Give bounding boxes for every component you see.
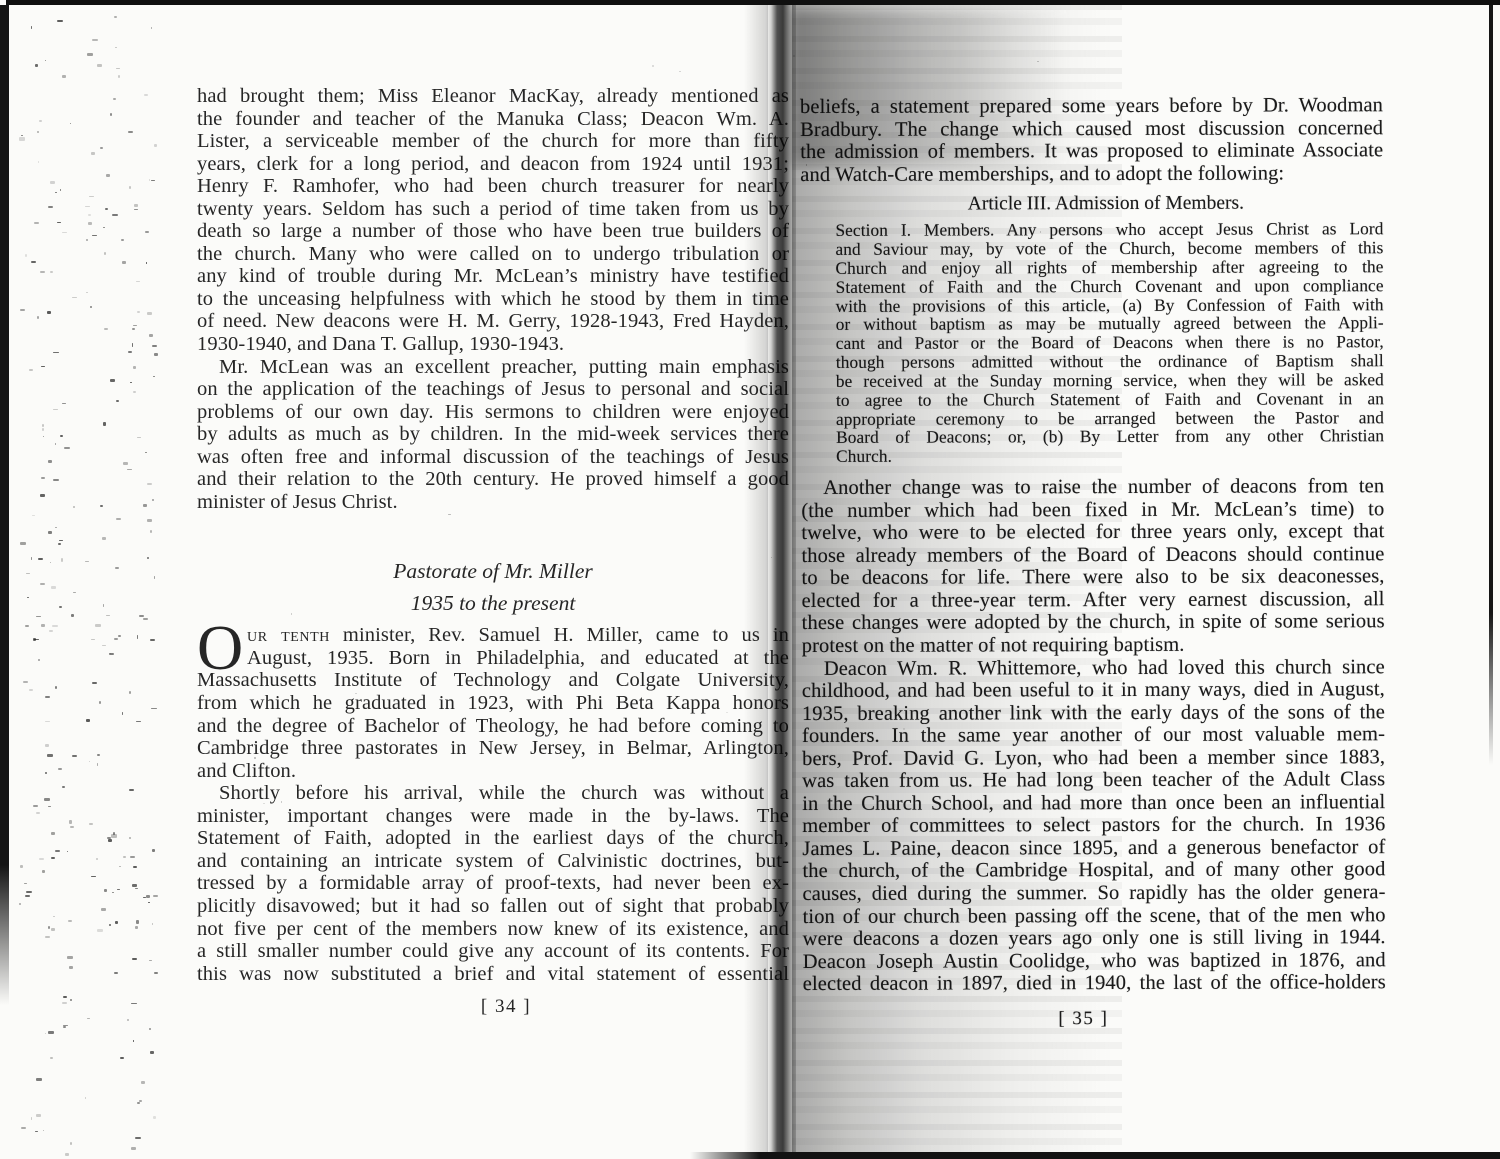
speckle (48, 806, 51, 807)
speckle (110, 113, 113, 115)
text-line: Cambridge three pastorates in New Jersey… (197, 737, 789, 760)
text-line: of need. New deacons were H. M. Gerry, 1… (197, 310, 789, 333)
speckle (122, 261, 127, 264)
speckle (55, 850, 60, 853)
speckle (109, 924, 111, 926)
speckle (70, 123, 72, 125)
speckle (130, 856, 135, 859)
speckle (20, 309, 25, 311)
speckle (47, 311, 51, 314)
speckle (62, 786, 65, 788)
speckle (128, 131, 134, 132)
speckle (86, 292, 88, 293)
text-line: Bradbury. The change which caused most d… (800, 117, 1383, 141)
paragraph-beliefs-statement: beliefs, a statement prepared some years… (800, 94, 1383, 186)
speckle (60, 189, 61, 191)
speckle (102, 645, 107, 647)
speckle (117, 889, 120, 890)
speckle (51, 857, 55, 858)
speckle (109, 653, 111, 654)
text-line: Lister, a serviceable member of the chur… (197, 130, 789, 153)
speckle (70, 1142, 72, 1145)
speckle (85, 561, 89, 562)
text-line: ur tenth minister, Rev. Samuel H. Miller… (197, 624, 789, 647)
page-number-35: [ 35 ] (792, 1007, 1375, 1031)
speckle (139, 615, 144, 618)
speckle (149, 334, 153, 337)
speckle (58, 768, 62, 770)
speckle (106, 615, 111, 616)
speckle (103, 422, 106, 425)
speckle (63, 996, 68, 999)
speckle (34, 222, 39, 224)
speckle (33, 805, 38, 807)
speckle (111, 834, 117, 837)
text-line: minister, important changes were made in… (197, 805, 789, 828)
text-line: Pastorate of Mr. Miller (197, 555, 789, 587)
speckle (37, 131, 39, 133)
speckle (147, 312, 152, 315)
text-line: plicitly disavowed; but it had so fallen… (197, 895, 789, 918)
paragraph-bylaws-changes: Shortly before his arrival, while the ch… (197, 782, 789, 985)
speckle (62, 232, 66, 234)
text-line: on the application of the teachings of J… (197, 378, 789, 401)
speckle (55, 527, 57, 529)
speckle (39, 858, 44, 860)
speckle (143, 897, 146, 899)
text-line: any kind of trouble during Mr. McLean’s … (197, 265, 789, 288)
drop-cap: O (197, 625, 243, 671)
speckle (86, 719, 90, 722)
speckle (114, 972, 118, 974)
text-line: causes, died during the summer. So rapid… (802, 881, 1385, 905)
speckle (26, 573, 30, 574)
speckle (23, 681, 28, 683)
section-heading-pastorate: Pastorate of Mr. Miller1935 to the prese… (197, 555, 789, 619)
text-line: and Watch-Care memberships, and to adopt… (800, 162, 1383, 186)
speckle (120, 1057, 124, 1060)
speckle (133, 391, 136, 392)
speckle (88, 222, 93, 225)
speckle (147, 519, 152, 522)
page-34: had brought them; Miss Eleanor MacKay, a… (197, 85, 789, 1018)
speckle (59, 540, 63, 541)
speckle (148, 902, 150, 903)
speckle (62, 75, 66, 78)
speckle (36, 1078, 41, 1081)
speckle (88, 214, 91, 216)
speckle (42, 424, 44, 426)
speckle (131, 1003, 136, 1005)
speckle (129, 837, 131, 840)
text-line: the church, of the Cambridge Hospital, a… (802, 859, 1385, 883)
speckle (45, 772, 48, 774)
speckle (135, 1137, 141, 1139)
text-line: Deacon Joseph Austin Coolidge, who was b… (803, 949, 1386, 973)
speckle (47, 754, 53, 757)
speckle (58, 543, 62, 545)
speckle (151, 27, 153, 29)
speckle (137, 437, 141, 438)
speckle (146, 262, 147, 264)
speckle (95, 624, 101, 627)
speckle (50, 181, 55, 184)
speckle (147, 483, 153, 485)
speckle (100, 505, 103, 507)
speckle (43, 436, 44, 437)
speckle (48, 206, 53, 208)
speckle (39, 120, 42, 122)
scan-edge-right (1489, 5, 1493, 765)
page-number-34: [ 34 ] (210, 996, 802, 1018)
speckle (43, 1130, 44, 1131)
text-line: James L. Paine, deacon since 1895, and a… (802, 836, 1385, 860)
speckle (135, 888, 138, 889)
text-line: tion of our church been passing off the … (803, 904, 1386, 928)
speckle (25, 625, 29, 626)
text-line: to be deacons for life. There were also … (801, 566, 1384, 590)
speckle (53, 352, 58, 354)
text-line: in the Church School, and had more than … (802, 791, 1385, 815)
speckle (109, 653, 114, 655)
speckle (53, 479, 59, 481)
speckle (152, 345, 157, 347)
speckle (55, 443, 56, 445)
speckle (101, 908, 106, 911)
speckle (40, 494, 45, 497)
speckle (147, 557, 149, 559)
speckle (104, 328, 108, 330)
speckle (116, 400, 120, 402)
speckle (89, 761, 91, 762)
speckle (153, 376, 155, 377)
speckle (51, 832, 55, 835)
speckle (24, 883, 27, 885)
text-line: member of committees to select pastors f… (802, 814, 1385, 838)
speckle (149, 179, 151, 181)
text-line: founders. In the same year another of ou… (802, 723, 1385, 747)
speckle (67, 851, 68, 852)
speckle (69, 966, 74, 969)
scan-edge-top (6, 0, 1500, 5)
speckle (102, 537, 106, 540)
speckle (45, 744, 49, 747)
scan-edge-bottom (690, 1152, 1500, 1159)
speckle (50, 562, 51, 563)
speckle (36, 1114, 42, 1117)
speckle (55, 192, 57, 194)
speckle (35, 64, 38, 67)
speckle (123, 462, 128, 464)
speckle (119, 866, 121, 868)
speckle (108, 839, 112, 842)
speckle (40, 583, 45, 585)
page-35-text-block: beliefs, a statement prepared some years… (800, 94, 1386, 996)
text-line: twelve, who were to be elected for three… (801, 520, 1384, 544)
speckle (89, 196, 94, 197)
speckle (150, 639, 155, 642)
speckle (146, 895, 151, 898)
speckle (137, 311, 140, 314)
text-line: elected deacon in 1897, died in 1940, th… (803, 971, 1386, 995)
speckle (73, 506, 75, 508)
speckle (132, 884, 137, 887)
speckle (85, 206, 90, 207)
speckle (91, 876, 96, 877)
speckle (114, 638, 118, 640)
speckle (44, 798, 50, 801)
speckle (32, 515, 35, 516)
book-scan-spread: had brought them; Miss Eleanor MacKay, a… (0, 0, 1500, 1159)
speckle (113, 832, 115, 835)
speckle (29, 689, 34, 691)
small-caps-text: ur tenth (247, 624, 330, 646)
speckle (73, 592, 77, 593)
speckle (62, 1002, 67, 1004)
speckle (121, 239, 124, 241)
speckle (139, 1100, 142, 1102)
text-line: Statement of Faith and the Church Covena… (836, 277, 1384, 298)
text-line: 1935, breaking another link with the ear… (802, 701, 1385, 725)
text-line: protest on the matter of not requiring b… (802, 633, 1385, 657)
text-line: Statement of Faith, adopted in the earli… (197, 827, 789, 850)
scan-edge-left (0, 5, 9, 1005)
text-line: Another change was to raise the number o… (801, 475, 1384, 499)
speckle (48, 926, 51, 929)
speckle (21, 135, 23, 136)
text-line: by adults as much as by children. In the… (197, 423, 789, 446)
bylaw-section-text: Section I. Members. Any persons who acce… (835, 220, 1384, 467)
text-line: to agree to the Church Statement of Fait… (836, 390, 1384, 411)
speckle (97, 929, 103, 932)
text-line: problems of our own day. His sermons to … (197, 401, 789, 424)
fleck (793, 55, 795, 57)
text-line: was often free and informal discussion o… (197, 446, 789, 469)
text-line: Shortly before his arrival, while the ch… (197, 782, 789, 805)
text-line: Deacon Wm. R. Whittemore, who had loved … (802, 656, 1385, 680)
speckle (27, 597, 30, 598)
speckle (65, 1153, 69, 1156)
speckle (50, 271, 53, 273)
text-line: twenty years. Seldom has such a period o… (197, 198, 789, 221)
speckle (152, 849, 155, 852)
speckle (63, 1025, 68, 1027)
speckle (48, 531, 52, 534)
text-line: elected for a three-year term. After ver… (802, 588, 1385, 612)
speckle (87, 1018, 90, 1019)
speckle (127, 1019, 129, 1020)
speckle (91, 152, 95, 154)
text-line: had brought them; Miss Eleanor MacKay, a… (197, 85, 789, 108)
paragraph-whittemore-deaths: Deacon Wm. R. Whittemore, who had loved … (802, 656, 1386, 996)
speckle (110, 379, 115, 382)
speckle (136, 281, 140, 282)
speckle (87, 53, 93, 56)
speckle (133, 366, 136, 369)
speckle (103, 227, 105, 229)
speckle (90, 306, 91, 308)
speckle (133, 1040, 134, 1042)
speckle (72, 297, 77, 299)
speckle (96, 858, 98, 860)
speckle (34, 639, 39, 640)
speckle (112, 214, 118, 216)
speckle (151, 708, 157, 709)
speckle (112, 892, 114, 894)
speckle (48, 460, 53, 463)
speckle (52, 625, 58, 627)
speckle (35, 1131, 39, 1132)
speckle (92, 682, 98, 685)
speckle (72, 755, 77, 758)
speckle (137, 1102, 140, 1104)
speckle (91, 639, 95, 640)
text-line: Henry F. Ramhofer, who had been church t… (197, 175, 789, 198)
speckle (145, 231, 149, 233)
speckle (50, 1057, 53, 1059)
speckle (103, 604, 104, 606)
speckle (151, 180, 155, 181)
speckle (115, 567, 119, 569)
speckle (97, 763, 99, 766)
text-line: years, clerk for a long period, and deac… (197, 153, 789, 176)
speckle (129, 691, 131, 694)
text-line: tressed by a formidable array of proof-t… (197, 872, 789, 895)
speckle (107, 837, 111, 839)
speckle (20, 542, 26, 545)
speckle (149, 1028, 151, 1030)
speckle (31, 557, 33, 560)
speckle (154, 576, 156, 579)
paragraph-mclean-preacher: Mr. McLean was an excellent preacher, pu… (197, 356, 789, 514)
speckle (59, 606, 62, 608)
text-line: those already members of the Board of De… (801, 543, 1384, 567)
speckle (55, 686, 57, 689)
speckle (57, 20, 63, 22)
speckle (116, 68, 120, 69)
speckle (25, 254, 27, 257)
speckle (131, 1147, 136, 1150)
page-34-text-block: had brought them; Miss Eleanor MacKay, a… (197, 85, 789, 985)
page-35: beliefs, a statement prepared some years… (800, 94, 1386, 1031)
speckle (67, 956, 73, 959)
speckle (38, 659, 39, 661)
speckle (154, 972, 158, 974)
speckle (113, 98, 116, 100)
text-line: the founder and teacher of the Manuka Cl… (197, 108, 789, 131)
text-line: and Clifton. (197, 760, 789, 783)
text-line: (the number which had been fixed in Mr. … (801, 498, 1384, 522)
speckle (128, 351, 133, 353)
speckle (97, 754, 100, 757)
text-line: were deacons a dozen years ago only one … (803, 926, 1386, 950)
speckle (25, 895, 30, 897)
speckle (62, 403, 67, 404)
text-line: Board of Deacons; or, (b) By Letter from… (836, 428, 1384, 449)
speckle (150, 530, 152, 533)
speckle (42, 870, 46, 872)
speckle (132, 958, 138, 960)
speckle (41, 624, 45, 627)
speckle (130, 382, 132, 383)
text-line: was taken from us. He had long been teac… (802, 768, 1385, 792)
speckle (118, 75, 120, 78)
text-line: August, 1935. Born in Philadelphia, and … (197, 647, 789, 670)
speckle (129, 789, 135, 792)
text-line: Article III. Admission of Members. (814, 191, 1397, 216)
speckle (45, 696, 49, 698)
speckle (21, 1127, 26, 1129)
article-heading: Article III. Admission of Members. (814, 191, 1397, 216)
speckle (69, 820, 72, 824)
speckle (118, 635, 121, 638)
speckle (45, 1033, 47, 1035)
text-line: and their relation to the 20th century. … (197, 468, 789, 491)
speckle (143, 504, 147, 507)
speckle (33, 638, 36, 641)
text-line: Mr. McLean was an excellent preacher, pu… (197, 356, 789, 379)
speckle (70, 826, 74, 829)
speckle (61, 558, 63, 561)
speckle (134, 209, 138, 210)
speckle (150, 1051, 154, 1054)
paragraph-deacons-change: Another change was to raise the number o… (801, 475, 1385, 657)
speckle (89, 823, 93, 826)
speckle (45, 936, 49, 939)
speckle (63, 1026, 66, 1028)
speckle (60, 435, 63, 437)
speckle (45, 60, 46, 61)
speckle (141, 1081, 146, 1084)
speckle (57, 222, 61, 223)
fleck (1037, 61, 1039, 63)
speckle (134, 204, 138, 207)
paragraph-miller-intro: ur tenth minister, Rev. Samuel H. Miller… (197, 624, 789, 782)
speckle (114, 16, 118, 17)
speckle (41, 366, 45, 367)
speckle (97, 64, 102, 67)
speckle (26, 891, 32, 893)
speckle (152, 923, 153, 925)
speckle (129, 186, 131, 190)
speckle (53, 916, 56, 918)
speckle (48, 1031, 54, 1035)
speckle (19, 137, 24, 141)
speckle (64, 447, 70, 449)
text-line: 1935 to the present (197, 587, 789, 619)
text-line: to the unceasing helpfulness with which … (197, 288, 789, 311)
text-line: this was now substituted a brief and vit… (197, 963, 789, 986)
speckle (68, 920, 72, 922)
speckle (149, 960, 152, 961)
speckle (19, 903, 20, 905)
speckle (99, 701, 102, 704)
speckle (70, 999, 72, 1002)
speckle (37, 316, 40, 319)
speckle (31, 261, 36, 263)
speckle (136, 721, 141, 722)
speckle (143, 618, 149, 620)
text-line: and containing an intricate system of Ca… (197, 850, 789, 873)
speckle (105, 208, 109, 209)
text-line: a still smaller number could give any ac… (197, 940, 789, 963)
speckle (137, 635, 138, 638)
fleck (652, 65, 654, 67)
speckle (49, 630, 53, 633)
text-line: beliefs, a statement prepared some years… (800, 94, 1383, 118)
text-line: death so large a number of those who hav… (197, 220, 789, 243)
speckle (104, 252, 107, 255)
